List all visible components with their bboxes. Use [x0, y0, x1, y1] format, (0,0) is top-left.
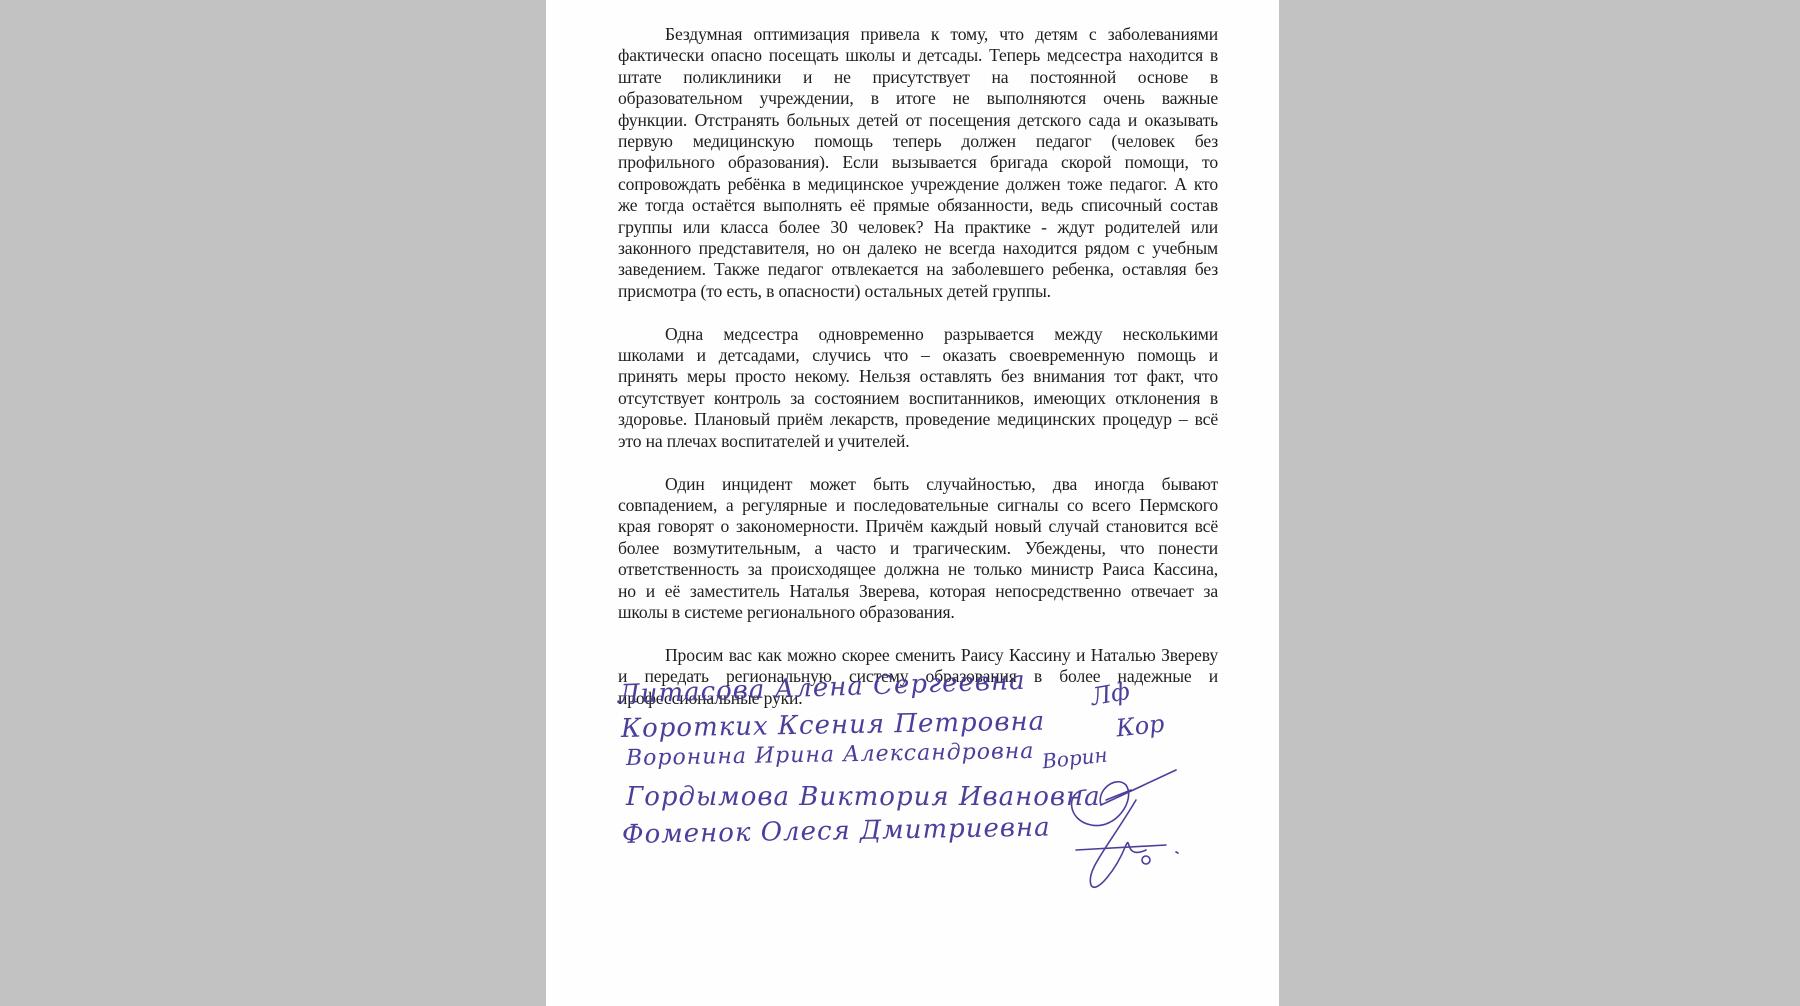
paragraph-optimization: Бездумная оптимизация привела к тому, чт…: [618, 24, 1218, 302]
text-line: Один инцидент может быть случайностью, д…: [618, 474, 1218, 495]
text-line: заведением. Также педагог отвлекается на…: [618, 259, 1218, 280]
text-line: первую медицинскую помощь теперь должен …: [618, 131, 1218, 152]
text-line: же тогда остаётся выполнять её прямые об…: [618, 195, 1218, 216]
text-line: Просим вас как можно скорее сменить Раис…: [618, 645, 1218, 666]
text-line: края говорят о закономерности. Причём ка…: [618, 516, 1218, 537]
text-line: фактически опасно посещать школы и детса…: [618, 45, 1218, 66]
text-line: присмотра (то есть, в опасности) остальн…: [618, 281, 1218, 302]
text-line: это на плечах воспитателей и учителей.: [618, 431, 1218, 452]
text-line: образовательном учреждении, в итоге не в…: [618, 88, 1218, 109]
signature-name: Гордымова Виктория Ивановна: [626, 782, 1101, 812]
text-line: Одна медсестра одновременно разрывается …: [618, 324, 1218, 345]
text-line: Бездумная оптимизация привела к тому, чт…: [618, 24, 1218, 45]
text-line: группы или класса более 30 человек? На п…: [618, 217, 1218, 238]
paragraph-nurse-shortage: Одна медсестра одновременно разрывается …: [618, 324, 1218, 452]
text-line: школами и детсадами, случись что – оказа…: [618, 345, 1218, 366]
text-line: ответственность за происходящее должна н…: [618, 559, 1218, 580]
document-page: Бездумная оптимизация привела к тому, чт…: [546, 0, 1279, 1006]
text-line: профильного образования). Если вызываетс…: [618, 152, 1218, 173]
text-line: законного представителя, но он далеко не…: [618, 238, 1218, 259]
paragraph-request: Просим вас как можно скорее сменить Раис…: [618, 645, 1218, 709]
signature-mark: Ворин: [1041, 743, 1109, 774]
letter-body: Бездумная оптимизация привела к тому, чт…: [618, 24, 1218, 730]
text-line: здоровье. Плановый приём лекарств, прове…: [618, 409, 1218, 430]
text-line: принять меры просто некому. Нельзя остав…: [618, 366, 1218, 387]
text-line: школы в системе регионального образовани…: [618, 602, 1218, 623]
signature-name: Фоменок Олеся Дмитриевна: [622, 813, 1051, 850]
text-line: штате поликлиники и не присутствует на п…: [618, 67, 1218, 88]
paragraph-responsibility: Один инцидент может быть случайностью, д…: [618, 474, 1218, 624]
text-line: отсутствует контроль за состоянием воспи…: [618, 388, 1218, 409]
text-line: но и её заместитель Наталья Зверева, кот…: [618, 581, 1218, 602]
text-line: сопровождать ребёнка в медицинское учреж…: [618, 174, 1218, 195]
text-line: и передать региональную систему образова…: [618, 666, 1218, 687]
text-line: профессиональные руки.: [618, 688, 1218, 709]
text-line: функции. Отстранять больных детей от пос…: [618, 110, 1218, 131]
signature-name: Воронина Ирина Александровна: [626, 739, 1035, 771]
text-line: более возмутительным, а часто и трагичес…: [618, 538, 1218, 559]
text-line: совпадением, а регулярные и последовател…: [618, 495, 1218, 516]
